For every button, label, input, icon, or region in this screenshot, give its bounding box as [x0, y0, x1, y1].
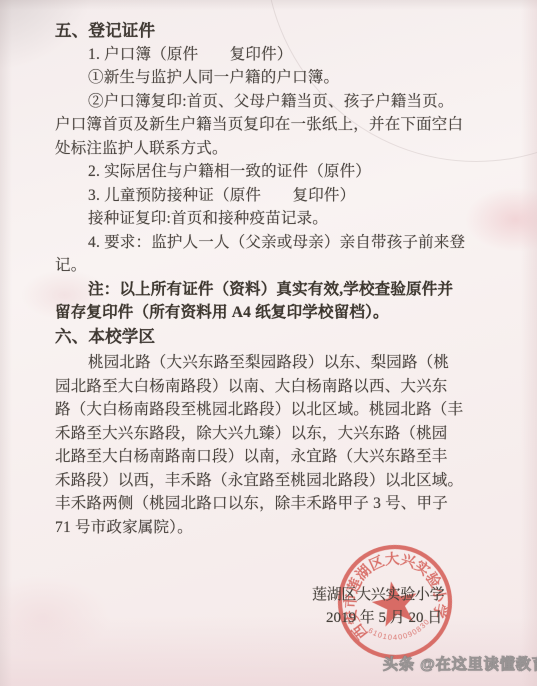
- doc-line: 桃园北路（大兴东路至梨园路段）以东、梨园路（桃: [55, 351, 465, 375]
- document-body: 五、登记证件 1. 户口簿（原件 复印件） ①新生与监护人同一户籍的户口簿。 ②…: [55, 19, 465, 539]
- doc-line: 北路至大白杨南路南口段）以南，永宜路（大兴东路至丰: [55, 445, 465, 469]
- doc-line: 禾路段）以西，丰禾路（永宜路至桃园北路段）以北区域。: [55, 469, 465, 493]
- section-heading-6: 六、本校学区: [55, 325, 465, 349]
- doc-line: 3. 儿童预防接种证（原件 复印件）: [55, 184, 465, 208]
- doc-line: 1. 户口簿（原件 复印件）: [55, 43, 465, 67]
- doc-line: 园北路至大白杨南路段）以南、大白杨南路以西、大兴东: [55, 375, 465, 399]
- doc-line: 路（大白杨南路段至桃园北路段）以北区域。桃园北路（丰: [55, 398, 465, 422]
- doc-line: 4. 要求：监护人一人（父亲或母亲）亲自带孩子前来登: [55, 231, 465, 255]
- doc-line: ②户口簿复印:首页、父母户籍当页、孩子户籍当页。: [55, 90, 465, 114]
- doc-line: 2. 实际居住与户籍相一致的证件（原件）: [55, 160, 465, 184]
- doc-line: 记。: [55, 254, 465, 278]
- document-photo: 五、登记证件 1. 户口簿（原件 复印件） ①新生与监护人同一户籍的户口簿。 ②…: [0, 0, 537, 686]
- doc-line: 丰禾路两侧（桃园北路口以东，除丰禾路甲子 3 号、甲子: [55, 492, 465, 516]
- doc-note-line: 留存复印件（所有资料用 A4 纸复印学校留档）。: [55, 301, 465, 325]
- signature-date: 2019 年 5 月 20 日: [326, 606, 442, 627]
- signature-school-name: 莲湖区大兴实验小学: [312, 583, 444, 604]
- section-heading-5: 五、登记证件: [55, 19, 465, 43]
- toutiao-watermark: 头条 @在这里读懂教育: [383, 653, 537, 674]
- doc-note-line: 注：以上所有证件（资料）真实有效,学校查验原件并: [55, 278, 465, 302]
- doc-line: ①新生与监护人同一户籍的户口簿。: [55, 66, 465, 90]
- doc-line: 接种证复印:首页和接种疫苗记录。: [55, 207, 465, 231]
- doc-line: 处标注监护人联系方式。: [55, 137, 465, 161]
- doc-line: 禾路至大兴东路段，除大兴九臻）以东，大兴东路（桃园: [55, 422, 465, 446]
- doc-line: 户口簿首页及新生户籍当页复印在一张纸上，并在下面空白: [55, 113, 465, 137]
